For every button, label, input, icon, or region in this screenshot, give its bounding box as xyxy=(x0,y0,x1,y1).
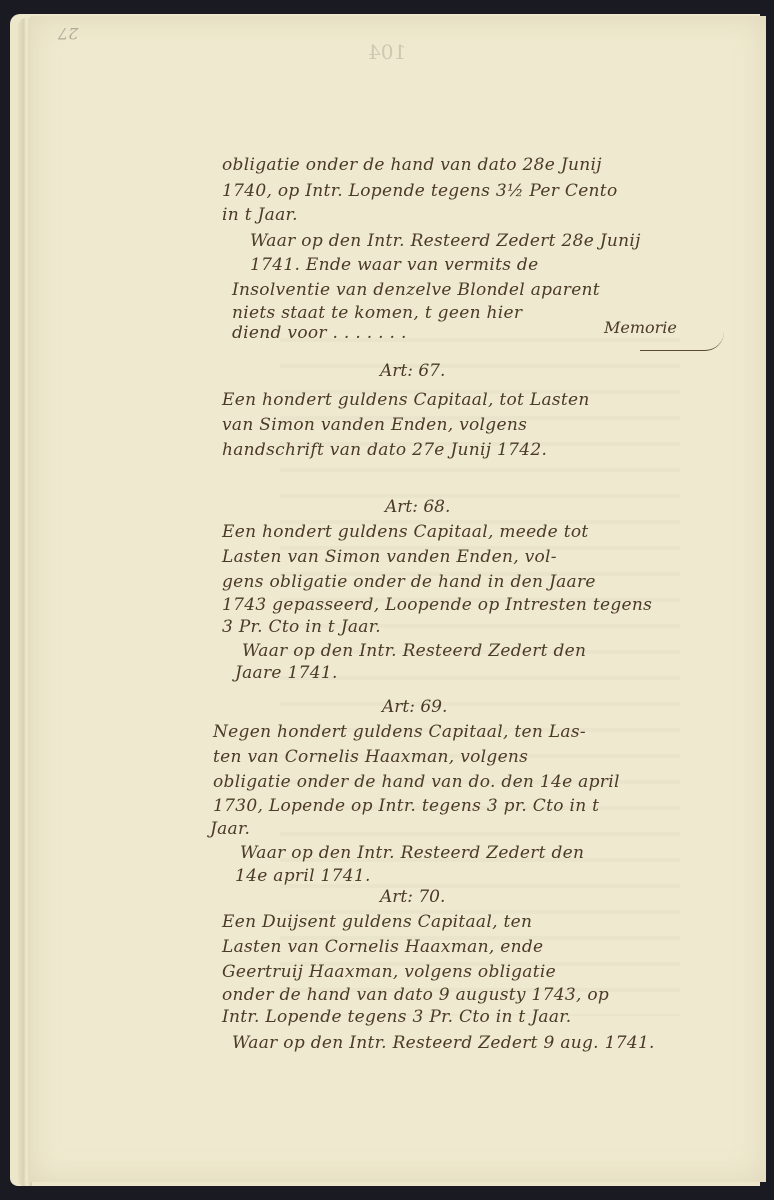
text-line: onder de hand van dato 9 augusty 1743, o… xyxy=(222,985,609,1005)
text-line: gens obligatie onder de hand in den Jaar… xyxy=(222,572,596,592)
text-line: Lasten van Simon vanden Enden, vol- xyxy=(222,547,557,567)
article-heading: Art: 67. xyxy=(380,361,445,381)
text-line: in t Jaar. xyxy=(222,205,298,225)
text-line: 14e april 1741. xyxy=(235,866,371,886)
text-line: Lasten van Cornelis Haaxman, ende xyxy=(222,937,543,957)
text-line: Een hondert guldens Capitaal, meede tot xyxy=(222,522,589,542)
text-line: diend voor . . . . . . . xyxy=(232,323,407,343)
text-line: Een hondert guldens Capitaal, tot Lasten xyxy=(222,390,590,410)
article-heading: Art: 68. xyxy=(385,497,450,517)
text-line: Waar op den Intr. Resteerd Zedert den xyxy=(242,641,586,661)
text-line: Een Duijsent guldens Capitaal, ten xyxy=(222,912,532,932)
text-line: van Simon vanden Enden, volgens xyxy=(222,415,527,435)
text-line: 1730, Lopende op Intr. tegens 3 pr. Cto … xyxy=(213,796,599,816)
text-line: 1741. Ende waar van vermits de xyxy=(250,255,538,275)
text-line: Geertruij Haaxman, volgens obligatie xyxy=(222,962,556,982)
text-line: Waar op den Intr. Resteerd Zedert den xyxy=(240,843,584,863)
flourish xyxy=(640,332,724,351)
text-line: 3 Pr. Cto in t Jaar. xyxy=(222,617,381,637)
text-line: obligatie onder de hand van dato 28e Jun… xyxy=(222,155,602,175)
manuscript-text: obligatie onder de hand van dato 28e Jun… xyxy=(0,0,774,1200)
text-line: Intr. Lopende tegens 3 Pr. Cto in t Jaar… xyxy=(222,1007,572,1027)
text-line: Waar op den Intr. Resteerd Zedert 9 aug.… xyxy=(232,1033,655,1053)
article-heading: Art: 70. xyxy=(380,887,445,907)
text-line: niets staat te komen, t geen hier xyxy=(232,303,522,323)
text-line: Jaare 1741. xyxy=(235,663,338,683)
text-line: handschrift van dato 27e Junij 1742. xyxy=(222,440,547,460)
text-line: 1740, op Intr. Lopende tegens 3½ Per Cen… xyxy=(222,181,617,201)
article-heading: Art: 69. xyxy=(382,697,447,717)
text-line: Waar op den Intr. Resteerd Zedert 28e Ju… xyxy=(250,231,641,251)
text-line: ten van Cornelis Haaxman, volgens xyxy=(213,747,528,767)
text-line: Jaar. xyxy=(210,819,250,839)
text-line: obligatie onder de hand van do. den 14e … xyxy=(213,772,620,792)
text-line: Negen hondert guldens Capitaal, ten Las- xyxy=(213,722,586,742)
text-line: Insolventie van denzelve Blondel aparent xyxy=(232,280,600,300)
text-line: 1743 gepasseerd, Loopende op Intresten t… xyxy=(222,595,652,615)
